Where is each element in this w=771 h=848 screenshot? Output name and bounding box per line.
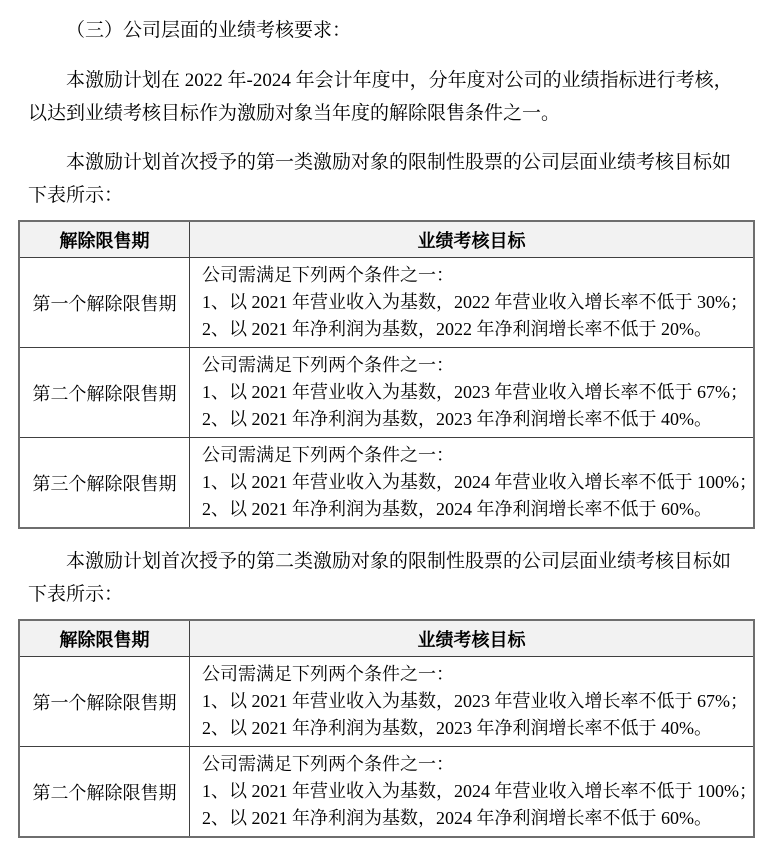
table2-header-period: 解除限售期 [19, 620, 190, 657]
condition-line: 2、以 2021 年净利润为基数，2024 年净利润增长率不低于 60%。 [202, 805, 747, 832]
condition-line: 1、以 2021 年营业收入为基数，2024 年营业收入增长率不低于 100%； [202, 778, 747, 805]
condition-line: 2、以 2021 年净利润为基数，2023 年净利润增长率不低于 40%。 [202, 715, 747, 742]
paragraph-assessment-intro: 本激励计划在 2022 年-2024 年会计年度中，分年度对公司的业绩指标进行考… [28, 64, 747, 130]
period-cell: 第二个解除限售期 [19, 348, 190, 438]
condition-line: 公司需满足下列两个条件之一： [202, 661, 747, 688]
condition-line: 2、以 2021 年净利润为基数，2022 年净利润增长率不低于 20%。 [202, 316, 747, 343]
condition-line: 公司需满足下列两个条件之一： [202, 262, 747, 289]
table-row: 第一个解除限售期 公司需满足下列两个条件之一： 1、以 2021 年营业收入为基… [19, 258, 754, 348]
target-cell: 公司需满足下列两个条件之一： 1、以 2021 年营业收入为基数，2024 年营… [190, 747, 755, 838]
condition-line: 1、以 2021 年营业收入为基数，2024 年营业收入增长率不低于 100%； [202, 469, 747, 496]
table-header-row: 解除限售期 业绩考核目标 [19, 221, 754, 258]
target-cell: 公司需满足下列两个条件之一： 1、以 2021 年营业收入为基数，2023 年营… [190, 657, 755, 747]
condition-line: 2、以 2021 年净利润为基数，2023 年净利润增长率不低于 40%。 [202, 406, 747, 433]
paragraph-table1-intro: 本激励计划首次授予的第一类激励对象的限制性股票的公司层面业绩考核目标如下表所示： [28, 146, 747, 212]
condition-line: 公司需满足下列两个条件之一： [202, 751, 747, 778]
table1-header-period: 解除限售期 [19, 221, 190, 258]
bottom-margin [0, 838, 771, 848]
condition-line: 2、以 2021 年净利润为基数，2024 年净利润增长率不低于 60%。 [202, 496, 747, 523]
table-row: 第二个解除限售期 公司需满足下列两个条件之一： 1、以 2021 年营业收入为基… [19, 747, 754, 838]
section-heading: （三）公司层面的业绩考核要求： [28, 14, 747, 48]
assessment-table-class1: 解除限售期 业绩考核目标 第一个解除限售期 公司需满足下列两个条件之一： 1、以… [18, 220, 755, 529]
table-row: 第三个解除限售期 公司需满足下列两个条件之一： 1、以 2021 年营业收入为基… [19, 438, 754, 529]
condition-line: 1、以 2021 年营业收入为基数，2022 年营业收入增长率不低于 30%； [202, 289, 747, 316]
paragraph-table2-intro: 本激励计划首次授予的第二类激励对象的限制性股票的公司层面业绩考核目标如下表所示： [28, 545, 747, 611]
condition-line: 公司需满足下列两个条件之一： [202, 352, 747, 379]
table2-header-target: 业绩考核目标 [190, 620, 755, 657]
target-cell: 公司需满足下列两个条件之一： 1、以 2021 年营业收入为基数，2024 年营… [190, 438, 755, 529]
target-cell: 公司需满足下列两个条件之一： 1、以 2021 年营业收入为基数，2023 年营… [190, 348, 755, 438]
table-row: 第二个解除限售期 公司需满足下列两个条件之一： 1、以 2021 年营业收入为基… [19, 348, 754, 438]
condition-line: 1、以 2021 年营业收入为基数，2023 年营业收入增长率不低于 67%； [202, 688, 747, 715]
period-cell: 第三个解除限售期 [19, 438, 190, 529]
document-page: （三）公司层面的业绩考核要求： 本激励计划在 2022 年-2024 年会计年度… [0, 0, 771, 848]
target-cell: 公司需满足下列两个条件之一： 1、以 2021 年营业收入为基数，2022 年营… [190, 258, 755, 348]
condition-line: 公司需满足下列两个条件之一： [202, 442, 747, 469]
table-row: 第一个解除限售期 公司需满足下列两个条件之一： 1、以 2021 年营业收入为基… [19, 657, 754, 747]
period-cell: 第一个解除限售期 [19, 258, 190, 348]
table-header-row: 解除限售期 业绩考核目标 [19, 620, 754, 657]
period-cell: 第一个解除限售期 [19, 657, 190, 747]
assessment-table-class2: 解除限售期 业绩考核目标 第一个解除限售期 公司需满足下列两个条件之一： 1、以… [18, 619, 755, 838]
condition-line: 1、以 2021 年营业收入为基数，2023 年营业收入增长率不低于 67%； [202, 379, 747, 406]
period-cell: 第二个解除限售期 [19, 747, 190, 838]
table1-header-target: 业绩考核目标 [190, 221, 755, 258]
